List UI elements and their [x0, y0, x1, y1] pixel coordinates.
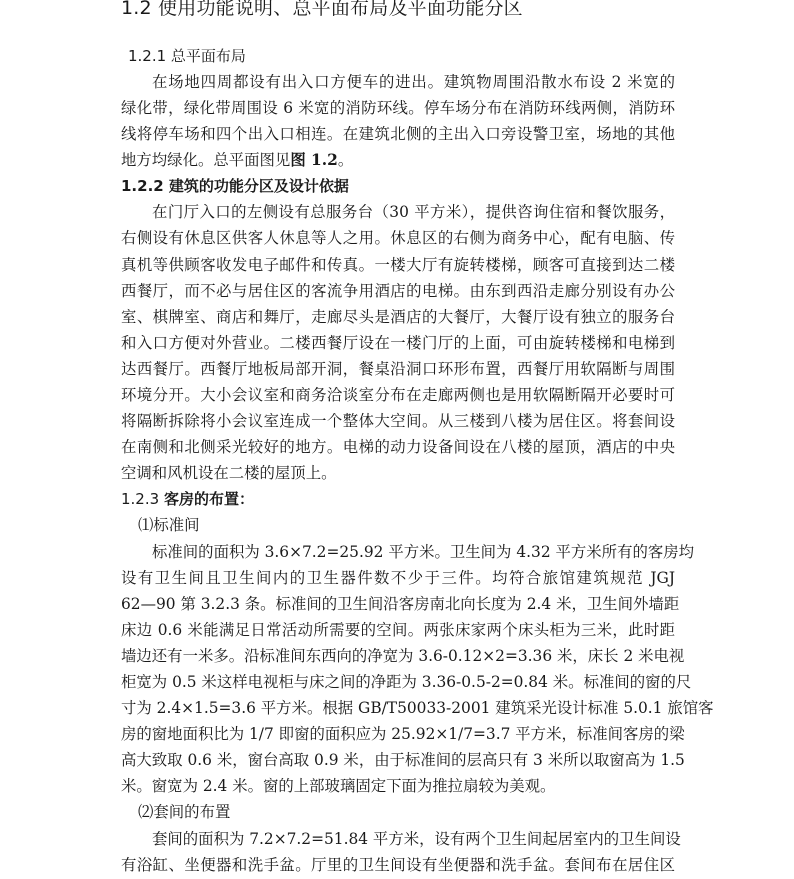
text-line: 真机等供顾客收发电子邮件和传真。一楼大厅有旋转楼梯，顾客可直接到达二楼 — [121, 252, 675, 278]
text-line: 墙边还有一米多。沿标准间东西向的净宽为 3.6-0.12×2=3.36 米，床长… — [121, 643, 675, 669]
subsection-title-suite: ⑵套间的布置 — [121, 799, 675, 825]
text-line: 右侧设有休息区供客人休息等人之用。休息区的右侧为商务中心，配有电脑、传 — [121, 225, 675, 251]
text-line: 绿化带，绿化带周围设 6 米宽的消防环线。停车场分布在消防环线两侧，消防环 — [121, 95, 675, 121]
paragraph-suite: 套间的面积为 7.2×7.2=51.84 平方米，设有两个卫生间起居室内的卫生间… — [121, 826, 675, 878]
text-fragment: 地方均绿化。总平面图见 — [121, 151, 290, 169]
text-line: 床边 0.6 米能满足日常活动所需要的空间。两张床家两个床头柜为三米，此时距 — [121, 617, 675, 643]
text-line: 达西餐厅。西餐厅地板局部开洞，餐桌沿洞口环形布置，西餐厅用软隔断与周围 — [121, 356, 675, 382]
text-line: 设有卫生间且卫生间内的卫生器件数不少于三件。均符合旅馆建筑规范 JGJ — [121, 565, 675, 591]
document-content: 1.2 使用功能说明、总平面布局及平面功能分区 1.2.1 总平面布局 在场地四… — [121, 0, 675, 878]
subsection-title-standard-room: ⑴标准间 — [121, 512, 675, 538]
heading-1-2-1: 1.2.1 总平面布局 — [121, 43, 675, 69]
text-line: 寸为 2.4×1.5=3.6 平方米。根据 GB/T50033-2001 建筑采… — [121, 695, 675, 721]
text-line: 空调和风机设在二楼的屋顶上。 — [121, 460, 675, 486]
heading-1-2-3: 1.2.3 客房的布置： — [121, 486, 675, 512]
text-line: 套间的面积为 7.2×7.2=51.84 平方米，设有两个卫生间起居室内的卫生间… — [121, 826, 675, 852]
text-line: 在门厅入口的左侧设有总服务台（30 平方米），提供咨询住宿和餐饮服务， — [121, 199, 675, 225]
text-line: 房的窗地面积比为 1/7 即窗的面积应为 25.92×1/7=3.7 平方米，标… — [121, 721, 675, 747]
figure-reference: 图 1.2 — [290, 151, 338, 169]
heading-number: 1.2.3 — [121, 490, 159, 508]
paragraph-site-layout: 在场地四周都设有出入口方便车的进出。建筑物周围沿散水布设 2 米宽的 绿化带，绿… — [121, 69, 675, 173]
text-line: 高大致取 0.6 米，窗台高取 0.9 米，由于标准间的层高只有 3 米所以取窗… — [121, 747, 675, 773]
text-line: 标准间的面积为 3.6×7.2=25.92 平方米。卫生间为 4.32 平方米所… — [121, 539, 675, 565]
text-line: 米。窗宽为 2.4 米。窗的上部玻璃固定下面为推拉扇较为美观。 — [121, 773, 675, 799]
section-title: 1.2 使用功能说明、总平面布局及平面功能分区 — [121, 0, 675, 22]
heading-text: 客房的布置： — [164, 490, 254, 508]
heading-1-2-2: 1.2.2 建筑的功能分区及设计依据 — [121, 173, 675, 199]
paragraph-standard-room: 标准间的面积为 3.6×7.2=25.92 平方米。卫生间为 4.32 平方米所… — [121, 539, 675, 800]
text-line: 柜宽为 0.5 米这样电视柜与床之间的净距为 3.36-0.5-2=0.84 米… — [121, 669, 675, 695]
text-line: 和入口方便对外营业。二楼西餐厅设在一楼门厅的上面，可由旋转楼梯和电梯到 — [121, 330, 675, 356]
text-line: 62—90 第 3.2.3 条。标准间的卫生间沿客房南北向长度为 2.4 米，卫… — [121, 591, 675, 617]
document-page: 1.2 使用功能说明、总平面布局及平面功能分区 1.2.1 总平面布局 在场地四… — [0, 0, 794, 879]
text-line: 线将停车场和四个出入口相连。在建筑北侧的主出入口旁设警卫室，场地的其他 — [121, 121, 675, 147]
paragraph-functional-zoning: 在门厅入口的左侧设有总服务台（30 平方米），提供咨询住宿和餐饮服务， 右侧设有… — [121, 199, 675, 486]
heading-text: 1.2.2 建筑的功能分区及设计依据 — [121, 177, 349, 195]
text-line: 将隔断拆除将小会议室连成一个整体大空间。从三楼到八楼为居住区。将套间设 — [121, 408, 675, 434]
text-line: 在场地四周都设有出入口方便车的进出。建筑物周围沿散水布设 2 米宽的 — [121, 69, 675, 95]
text-line: 环境分开。大小会议室和商务洽谈室分布在走廊两侧也是用软隔断隔开必要时可 — [121, 382, 675, 408]
text-line: 地方均绿化。总平面图见图 1.2。 — [121, 147, 675, 173]
text-fragment: 。 — [338, 151, 353, 169]
text-line: 在南侧和北侧采光较好的地方。电梯的动力设备间设在八楼的屋顶，酒店的中央 — [121, 434, 675, 460]
text-line: 西餐厅，而不必与居住区的客流争用酒店的电梯。由东到西沿走廊分别设有办公 — [121, 278, 675, 304]
text-line: 有浴缸、坐便器和洗手盆。厅里的卫生间设有坐便器和洗手盆。套间布在居住区 — [121, 852, 675, 878]
text-line: 室、棋牌室、商店和舞厅，走廊尽头是酒店的大餐厅，大餐厅设有独立的服务台 — [121, 304, 675, 330]
